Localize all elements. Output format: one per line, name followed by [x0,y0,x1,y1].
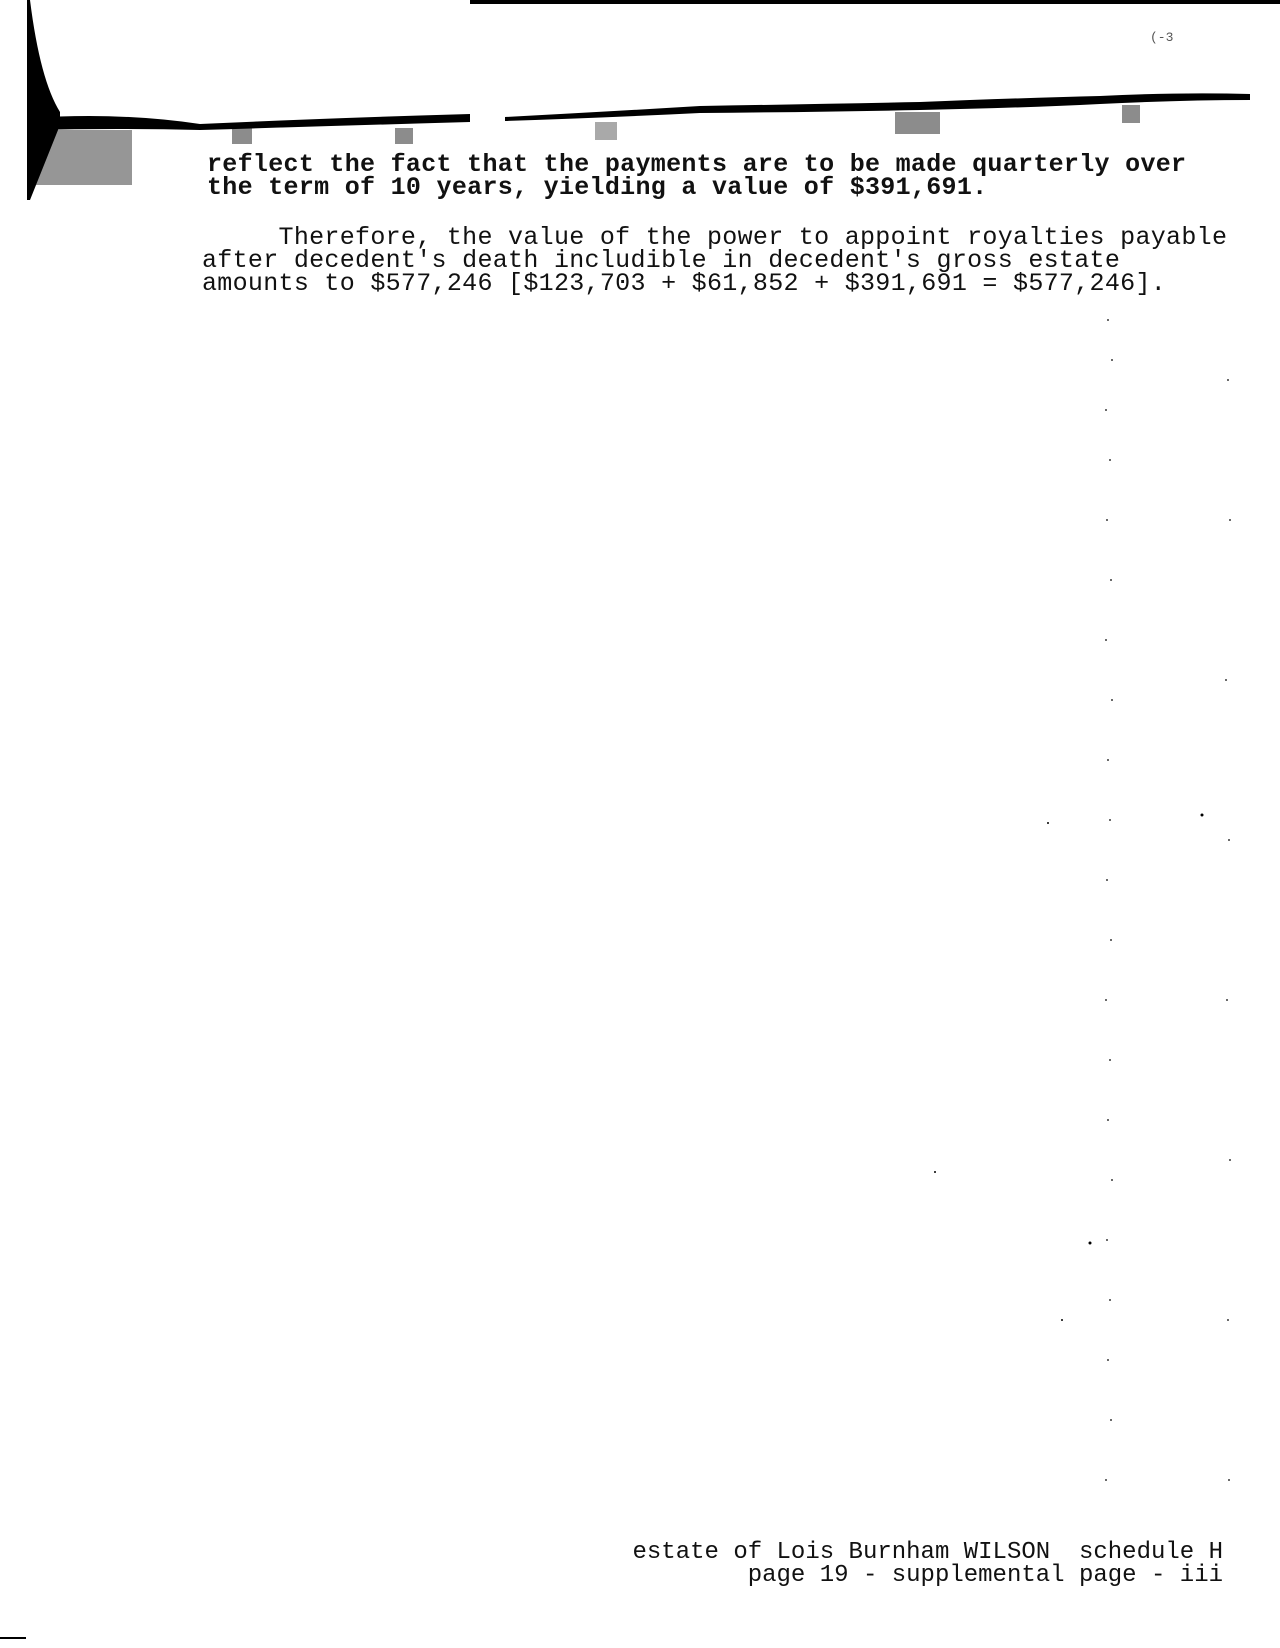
scanned-document-page: (-3 reflect the fact that the payments a… [0,0,1280,1648]
paragraph-line: amounts to $577,246 [$123,703 + $61,852 … [202,272,1166,295]
footer-estate-schedule: estate of Lois Burnham WILSON schedule H [633,1541,1224,1564]
corner-mark: (-3 [1150,30,1173,45]
paragraph-line: the term of 10 years, yielding a value o… [207,176,987,199]
footer-page-number: page 19 - supplemental page - iii [748,1564,1223,1587]
